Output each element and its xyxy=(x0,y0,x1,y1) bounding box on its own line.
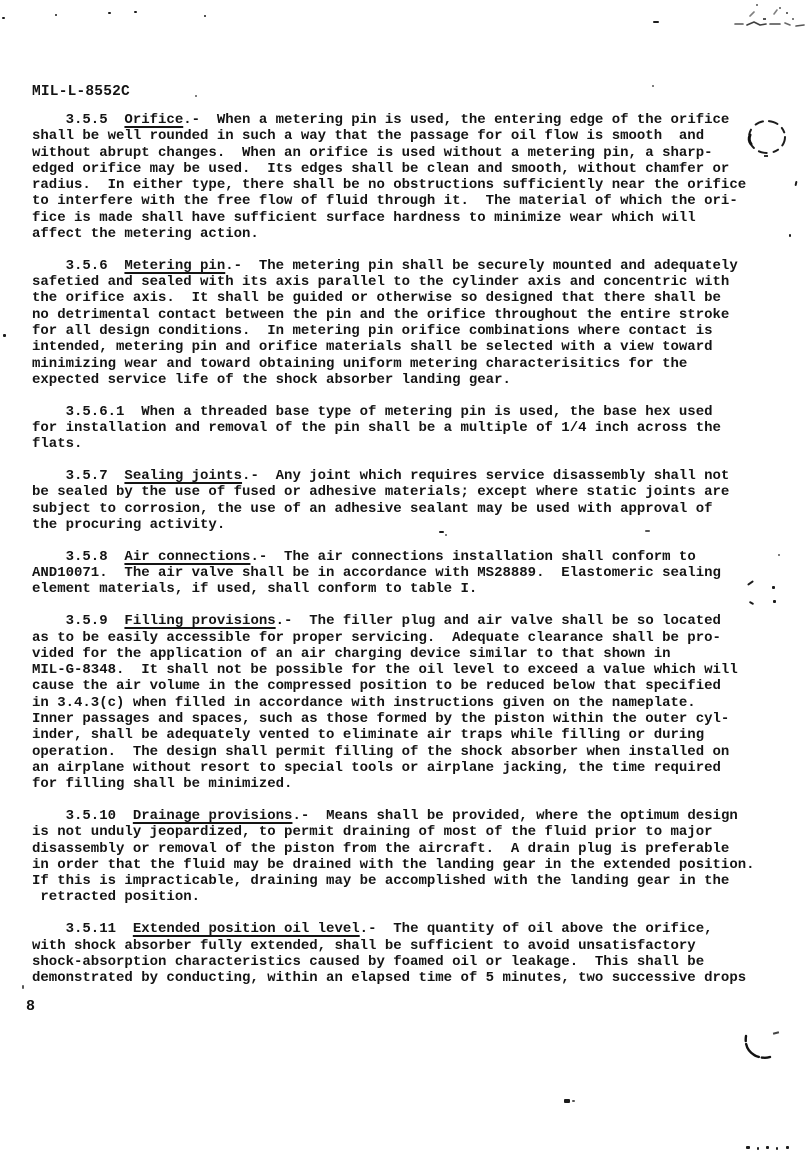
section-3-5-11: 3.5.11 Extended position oil level.- The… xyxy=(32,921,804,986)
section-title: Drainage provisions xyxy=(133,808,293,824)
page-number: 8 xyxy=(26,998,35,1015)
section-3-5-10: 3.5.10 Drainage provisions.- Means shall… xyxy=(32,808,804,906)
ink-speck xyxy=(3,334,6,337)
section-lead: 3.5.6 xyxy=(32,258,124,274)
section-title: Sealing joints xyxy=(124,468,242,484)
ink-speck xyxy=(108,12,111,14)
ink-speck xyxy=(653,21,659,23)
document-body: 3.5.5 Orifice.- When a metering pin is u… xyxy=(32,112,804,986)
ink-speck xyxy=(2,17,5,19)
ink-speck xyxy=(652,85,654,87)
section-title: Orifice xyxy=(124,112,183,128)
section-title: Extended position oil level xyxy=(133,921,360,937)
spec-number: MIL-L-8552C xyxy=(32,84,130,100)
section-lead: 3.5.11 xyxy=(32,921,133,937)
ink-speck xyxy=(786,1146,789,1149)
ink-speck xyxy=(55,14,57,16)
ink-smudge xyxy=(730,2,808,30)
ink-speck xyxy=(134,11,137,13)
section-lead: 3.5.6.1 When a threaded base type of met… xyxy=(32,404,721,453)
section-lead: 3.5.8 xyxy=(32,549,124,565)
section-3-5-5: 3.5.5 Orifice.- When a metering pin is u… xyxy=(32,112,804,242)
section-3-5-9: 3.5.9 Filling provisions.- The filler pl… xyxy=(32,613,804,792)
section-lead: 3.5.5 xyxy=(32,112,124,128)
ink-curve-mark xyxy=(742,1028,782,1064)
section-text: .- The metering pin shall be securely mo… xyxy=(32,258,738,388)
ink-speck xyxy=(204,15,206,17)
section-3-5-6-1: 3.5.6.1 When a threaded base type of met… xyxy=(32,404,804,453)
section-title: Filling provisions xyxy=(124,613,275,629)
ink-speck xyxy=(572,1100,575,1102)
section-text: .- When a metering pin is used, the ente… xyxy=(32,112,746,242)
section-title: Air connections xyxy=(124,549,250,565)
ink-speck xyxy=(766,1146,769,1149)
ink-speck xyxy=(22,985,24,989)
ink-speck xyxy=(195,95,197,97)
section-lead: 3.5.7 xyxy=(32,468,124,484)
section-3-5-7: 3.5.7 Sealing joints.- Any joint which r… xyxy=(32,468,804,533)
section-3-5-8: 3.5.8 Air connections.- The air connecti… xyxy=(32,549,804,598)
scanned-document-page: MIL-L-8552C 3.5.5 Orifice.- When a meter… xyxy=(0,0,812,1150)
ink-speck xyxy=(564,1099,570,1103)
section-3-5-6: 3.5.6 Metering pin.- The metering pin sh… xyxy=(32,258,804,388)
section-lead: 3.5.9 xyxy=(32,613,124,629)
section-title: Metering pin xyxy=(124,258,225,274)
section-text: .- The filler plug and air valve shall b… xyxy=(32,613,738,792)
ink-speck xyxy=(746,1146,750,1149)
section-lead: 3.5.10 xyxy=(32,808,133,824)
